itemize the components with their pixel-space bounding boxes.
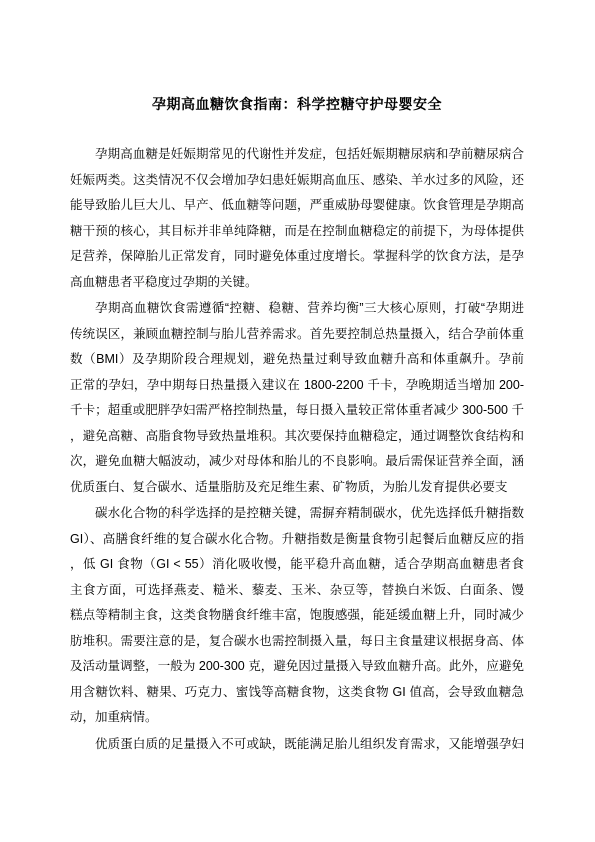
text-line: 妊娠两类。这类情况不仅会增加孕妇患妊娠期高血压、感染、羊水过多的风险，还可 [70,168,524,194]
paragraph: 碳水化合物的科学选择的是控糖关键，需摒弃精制碳水，优先选择低升糖指数（GI）、高… [70,501,524,731]
text-line: 千卡；超重或肥胖孕妇需严格控制热量，每日摄入量较正常体重者减少 300-500 … [70,398,524,424]
paragraph: 优质蛋白质的足量摄入不可或缺，既能满足胎儿组织发育需求，又能增强孕妇体 [70,732,524,758]
text-line: ，避免高糖、高脂食物导致热量堆积。其次要保持血糖稳定，通过调整饮食结构和餐 [70,424,524,450]
text-line: 用含糖饮料、糖果、巧克力、蜜饯等高糖食物，这类食物 GI 值高，会导致血糖急剧波 [70,680,524,706]
text-line: 高血糖患者平稳度过孕期的关键。 [70,270,524,296]
text-line: GI）、高膳食纤维的复合碳水化合物。升糖指数是衡量食物引起餐后血糖反应的指标 [70,527,524,553]
text-line: 足营养，保障胎儿正常发育，同时避免体重过度增长。掌握科学的饮食方法，是孕期 [70,244,524,270]
text-line: ，低 GI 食物（GI < 55）消化吸收慢，能平稳升高血糖，适合孕期高血糖患者… [70,552,524,578]
document-page: 孕期高血糖饮食指南：科学控糖守护母婴安全 孕期高血糖是妊娠期常见的代谢性并发症，… [0,0,595,842]
text-line: 孕期高血糖是妊娠期常见的代谢性并发症，包括妊娠期糖尿病和孕前糖尿病合并 [70,142,524,168]
text-line: 优质蛋白、复合碳水、适量脂肪及充足维生素、矿物质，为胎儿发育提供必要支撑。 [70,475,524,501]
text-line: 糖干预的核心，其目标并非单纯降糖，而是在控制血糖稳定的前提下，为母体提供充 [70,219,524,245]
text-line: 优质蛋白质的足量摄入不可或缺，既能满足胎儿组织发育需求，又能增强孕妇体 [70,732,524,758]
text-line: 及活动量调整，一般为 200-300 克，避免因过量摄入导致血糖升高。此外，应避… [70,654,524,680]
text-line: 数（BMI）及孕期阶段合理规划，避免热量过剩导致血糖升高和体重飙升。孕前 BMI [70,347,524,373]
text-line: 碳水化合物的科学选择的是控糖关键，需摒弃精制碳水，优先选择低升糖指数（ [70,501,524,527]
text-line: 次，避免血糖大幅波动，减少对母体和胎儿的不良影响。最后需保证营养全面，涵盖 [70,449,524,475]
text-line: 传统误区，兼顾血糖控制与胎儿营养需求。首先要控制总热量摄入，结合孕前体重指 [70,322,524,348]
text-line: 正常的孕妇，孕中期每日热量摄入建议在 1800-2200 千卡，孕晚期适当增加 … [70,373,524,399]
text-line: 糕点等精制主食，这类食物膳食纤维丰富，饱腹感强，能延缓血糖上升，同时减少脂 [70,603,524,629]
text-line: 孕期高血糖饮食需遵循“控糖、稳糖、营养均衡”三大核心原则，打破“孕期进补”的 [70,296,524,322]
text-line: 动，加重病情。 [70,705,524,731]
text-line: 肪堆积。需要注意的是，复合碳水也需控制摄入量，每日主食量建议根据身高、体重 [70,629,524,655]
text-line: 能导致胎儿巨大儿、早产、低血糖等问题，严重威胁母婴健康。饮食管理是孕期高血 [70,193,524,219]
document-title: 孕期高血糖饮食指南：科学控糖守护母婴安全 [70,96,524,112]
document-body: 孕期高血糖是妊娠期常见的代谢性并发症，包括妊娠期糖尿病和孕前糖尿病合并妊娠两类。… [70,142,524,758]
text-line: 主食方面，可选择燕麦、糙米、藜麦、玉米、杂豆等，替换白米饭、白面条、馒头、 [70,578,524,604]
paragraph: 孕期高血糖是妊娠期常见的代谢性并发症，包括妊娠期糖尿病和孕前糖尿病合并妊娠两类。… [70,142,524,295]
paragraph: 孕期高血糖饮食需遵循“控糖、稳糖、营养均衡”三大核心原则，打破“孕期进补”的传统… [70,296,524,500]
